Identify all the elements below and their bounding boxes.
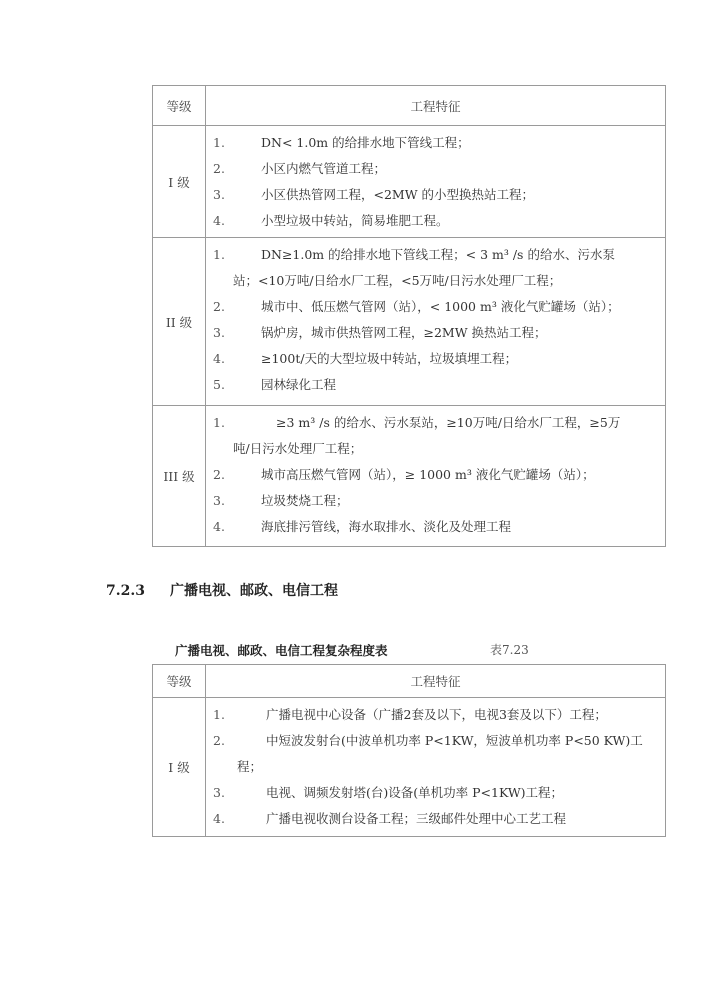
item-text: 广播电视收测台设备工程；三级邮件处理中心工艺工程 xyxy=(261,806,657,832)
item-number: 4. xyxy=(206,514,261,540)
item-text: 海底排污管线，海水取排水、淡化及处理工程 xyxy=(261,514,657,540)
list-item: 3.垃圾焚烧工程； xyxy=(206,488,657,514)
item-number: 2. xyxy=(206,156,261,182)
list-item: 1.≥3 m³ /s 的给水、污水泵站，≥10万吨/日给水厂工程，≥5万 xyxy=(206,410,657,436)
table-row-grade-1: I 级 1.DN< 1.0m 的给排水地下管线工程； 2.小区内燃气管道工程； … xyxy=(153,125,665,237)
item-text: DN≥1.0m 的给排水地下管线工程；< 3 m³ /s 的给水、污水泵 xyxy=(261,242,657,268)
item-text: 中短波发射台(中波单机功率 P<1KW，短波单机功率 P<50 KW)工 xyxy=(261,728,657,754)
section-title: 广播电视、邮政、电信工程 xyxy=(170,583,338,599)
table-header-row: 等级 工程特征 xyxy=(153,86,665,125)
list-item: 4.广播电视收测台设备工程；三级邮件处理中心工艺工程 xyxy=(206,806,657,832)
item-number: 4. xyxy=(206,806,261,832)
header-features: 工程特征 xyxy=(206,86,665,125)
list-item: 2.城市高压燃气管网（站），≥ 1000 m³ 液化气贮罐场（站）； xyxy=(206,462,657,488)
header-features: 工程特征 xyxy=(206,665,665,697)
item-number: 3. xyxy=(206,182,261,208)
item-number: 1. xyxy=(206,130,261,156)
item-text: 城市中、低压燃气管网（站），< 1000 m³ 液化气贮罐场（站）； xyxy=(261,294,657,320)
item-text: 园林绿化工程 xyxy=(261,372,657,398)
item-number: 5. xyxy=(206,372,261,398)
item-text-continuation: 吨/日污水处理厂工程； xyxy=(233,436,657,462)
list-item-continuation: 站；<10万吨/日给水厂工程，<5万吨/日污水处理厂工程； xyxy=(206,268,657,294)
item-number: 4. xyxy=(206,346,261,372)
complexity-table-municipal: 等级 工程特征 I 级 1.DN< 1.0m 的给排水地下管线工程； 2.小区内… xyxy=(152,85,666,547)
table-caption: 广播电视、邮政、电信工程复杂程度表 xyxy=(175,641,388,659)
item-number: 4. xyxy=(206,208,261,234)
list-item-continuation: 程； xyxy=(206,754,657,780)
table-row-grade-1: I 级 1.广播电视中心设备（广播2套及以下，电视3套及以下）工程； 2.中短波… xyxy=(153,697,665,836)
item-text: 电视、调频发射塔(台)设备(单机功率 P<1KW)工程； xyxy=(261,780,657,806)
table-row-grade-3: III 级 1.≥3 m³ /s 的给水、污水泵站，≥10万吨/日给水厂工程，≥… xyxy=(153,405,665,546)
item-number: 1. xyxy=(206,242,261,268)
item-number: 2. xyxy=(206,462,261,488)
features-cell: 1.≥3 m³ /s 的给水、污水泵站，≥10万吨/日给水厂工程，≥5万 吨/日… xyxy=(206,406,665,546)
grade-cell: II 级 xyxy=(153,238,206,405)
list-item: 2.城市中、低压燃气管网（站），< 1000 m³ 液化气贮罐场（站）； xyxy=(206,294,657,320)
list-item: 5.园林绿化工程 xyxy=(206,372,657,398)
item-text: 小区供热管网工程，<2MW 的小型换热站工程； xyxy=(261,182,657,208)
grade-cell: I 级 xyxy=(153,126,206,237)
grade-cell: III 级 xyxy=(153,406,206,546)
item-text: 垃圾焚烧工程； xyxy=(261,488,657,514)
list-item: 2.小区内燃气管道工程； xyxy=(206,156,657,182)
header-grade: 等级 xyxy=(153,665,206,697)
item-text: 小型垃圾中转站，简易堆肥工程。 xyxy=(261,208,657,234)
item-text: 锅炉房，城市供热管网工程，≥2MW 换热站工程； xyxy=(261,320,657,346)
item-text: 城市高压燃气管网（站），≥ 1000 m³ 液化气贮罐场（站）； xyxy=(261,462,657,488)
item-text: 小区内燃气管道工程； xyxy=(261,156,657,182)
list-item: 3.小区供热管网工程，<2MW 的小型换热站工程； xyxy=(206,182,657,208)
list-item: 3.锅炉房，城市供热管网工程，≥2MW 换热站工程； xyxy=(206,320,657,346)
item-text: ≥3 m³ /s 的给水、污水泵站，≥10万吨/日给水厂工程，≥5万 xyxy=(261,410,657,436)
item-text-continuation: 站；<10万吨/日给水厂工程，<5万吨/日污水处理厂工程； xyxy=(233,268,657,294)
item-text-continuation: 程； xyxy=(237,754,657,780)
complexity-table-broadcast: 等级 工程特征 I 级 1.广播电视中心设备（广播2套及以下，电视3套及以下）工… xyxy=(152,664,666,837)
features-cell: 1.DN< 1.0m 的给排水地下管线工程； 2.小区内燃气管道工程； 3.小区… xyxy=(206,126,665,237)
features-cell: 1.广播电视中心设备（广播2套及以下，电视3套及以下）工程； 2.中短波发射台(… xyxy=(206,698,665,836)
item-number: 2. xyxy=(206,294,261,320)
list-item: 2.中短波发射台(中波单机功率 P<1KW，短波单机功率 P<50 KW)工 xyxy=(206,728,657,754)
list-item: 1.广播电视中心设备（广播2套及以下，电视3套及以下）工程； xyxy=(206,702,657,728)
item-text: ≥100t/天的大型垃圾中转站，垃圾填埋工程； xyxy=(261,346,657,372)
table-number: 表7.23 xyxy=(490,641,529,658)
item-number: 1. xyxy=(206,410,261,436)
table-header-row: 等级 工程特征 xyxy=(153,665,665,697)
section-number: 7.2.3 xyxy=(106,583,170,599)
item-number: 3. xyxy=(206,780,261,806)
features-cell: 1.DN≥1.0m 的给排水地下管线工程；< 3 m³ /s 的给水、污水泵 站… xyxy=(206,238,665,405)
item-number: 2. xyxy=(206,728,261,754)
list-item: 1.DN< 1.0m 的给排水地下管线工程； xyxy=(206,130,657,156)
item-number: 3. xyxy=(206,488,261,514)
item-text: DN< 1.0m 的给排水地下管线工程； xyxy=(261,130,657,156)
list-item: 4.小型垃圾中转站，简易堆肥工程。 xyxy=(206,208,657,234)
list-item: 4.海底排污管线，海水取排水、淡化及处理工程 xyxy=(206,514,657,540)
list-item-continuation: 吨/日污水处理厂工程； xyxy=(206,436,657,462)
table-row-grade-2: II 级 1.DN≥1.0m 的给排水地下管线工程；< 3 m³ /s 的给水、… xyxy=(153,237,665,405)
list-item: 1.DN≥1.0m 的给排水地下管线工程；< 3 m³ /s 的给水、污水泵 xyxy=(206,242,657,268)
grade-cell: I 级 xyxy=(153,698,206,836)
list-item: 4.≥100t/天的大型垃圾中转站，垃圾填埋工程； xyxy=(206,346,657,372)
item-number: 1. xyxy=(206,702,261,728)
header-grade: 等级 xyxy=(153,86,206,125)
list-item: 3.电视、调频发射塔(台)设备(单机功率 P<1KW)工程； xyxy=(206,780,657,806)
item-text: 广播电视中心设备（广播2套及以下，电视3套及以下）工程； xyxy=(261,702,657,728)
section-heading: 7.2.3广播电视、邮政、电信工程 xyxy=(106,580,338,600)
item-number: 3. xyxy=(206,320,261,346)
